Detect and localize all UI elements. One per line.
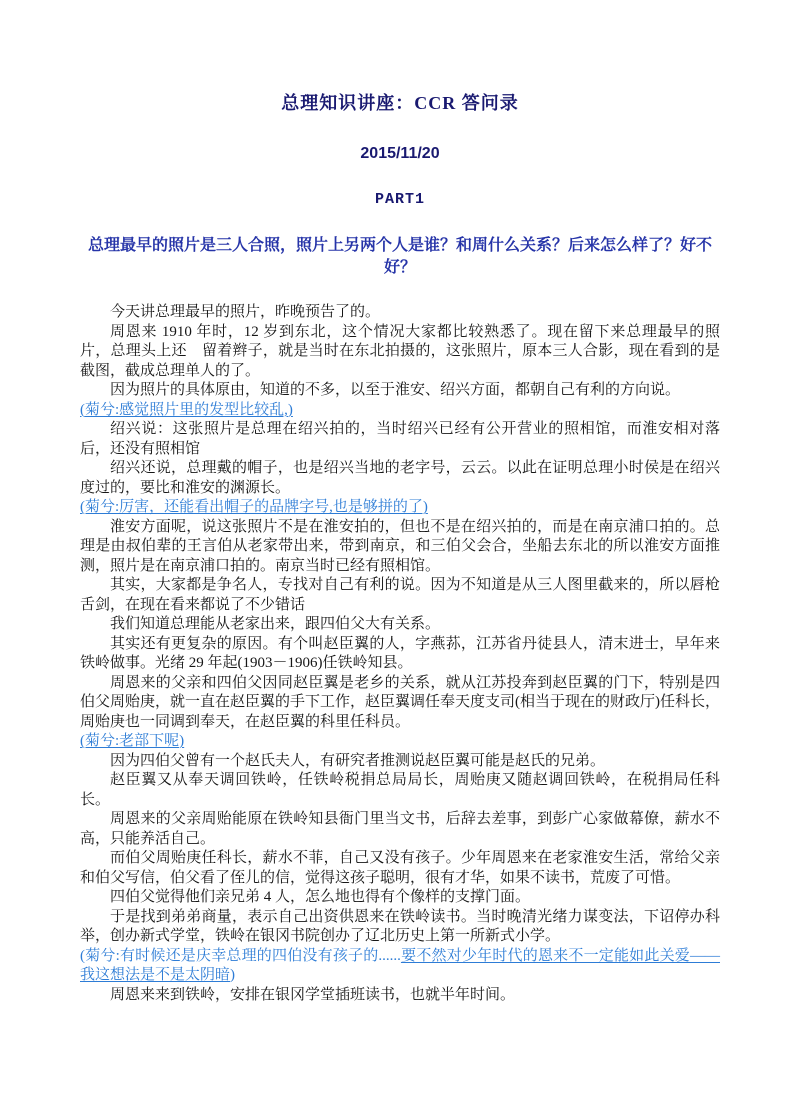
paragraph: 我们知道总理能从老家出来，跟四伯父大有关系。	[80, 615, 720, 635]
paragraph: 周恩来的父亲和四伯父因同赵臣翼是老乡的关系，就从江苏投奔到赵臣翼的门下，特别是四…	[80, 674, 720, 733]
paragraph: 而伯父周贻庚任科长，薪水不菲，自己又没有孩子。少年周恩来在老家淮安生活，常给父亲…	[80, 849, 720, 888]
paragraph: 因为四伯父曾有一个赵氏夫人，有研究者推测说赵臣翼可能是赵氏的兄弟。	[80, 752, 720, 772]
paragraph: 绍兴还说，总理戴的帽子，也是绍兴当地的老字号，云云。以此在证明总理小时侯是在绍兴…	[80, 459, 720, 498]
paragraph: 其实还有更复杂的原因。有个叫赵臣翼的人，字燕荪，江苏省丹徒县人，清末进士，早年来…	[80, 635, 720, 674]
document-date: 2015/11/20	[80, 144, 720, 163]
paragraph: 因为照片的具体原由，知道的不多，以至于淮安、绍兴方面，都朝自己有利的方向说。	[80, 381, 720, 401]
part-label: PART1	[80, 191, 720, 209]
paragraph: 周恩来 1910 年时，12 岁到东北，这个情况大家都比较熟悉了。现在留下来总理…	[80, 323, 720, 382]
paragraph: 淮安方面呢，说这张照片不是在淮安拍的，但也不是在绍兴拍的，而是在南京浦口拍的。总…	[80, 518, 720, 577]
document-title: 总理知识讲座：CCR 答问录	[80, 92, 720, 114]
document-page: 总理知识讲座：CCR 答问录 2015/11/20 PART1 总理最早的照片是…	[0, 0, 800, 1100]
paragraph: 周恩来来到铁岭，安排在银冈学堂插班读书，也就半年时间。	[80, 986, 720, 1006]
reader-comment: (菊兮:老部下呢)	[80, 732, 720, 752]
paragraph: 于是找到弟弟商量，表示自己出资供恩来在铁岭读书。当时晚清光绪力谋变法，下诏停办科…	[80, 908, 720, 947]
paragraph: 周恩来的父亲周贻能原在铁岭知县衙门里当文书，后辞去差事，到彭广心家做幕僚，薪水不…	[80, 810, 720, 849]
paragraph: 赵臣翼又从奉天调回铁岭，任铁岭税捐总局局长，周贻庚又随赵调回铁岭，在税捐局任科长…	[80, 771, 720, 810]
reader-comment: (菊兮:厉害，还能看出帽子的品牌字号,也是够拼的了)	[80, 498, 720, 518]
paragraph: 今天讲总理最早的照片，昨晚预告了的。	[80, 303, 720, 323]
reader-comment: (菊兮:感觉照片里的发型比较乱,)	[80, 401, 720, 421]
paragraph: 四伯父觉得他们亲兄弟 4 人，怎么地也得有个像样的支撑门面。	[80, 888, 720, 908]
paragraph: 绍兴说：这张照片是总理在绍兴拍的，当时绍兴已经有公开营业的照相馆，而淮安相对落后…	[80, 420, 720, 459]
question-heading: 总理最早的照片是三人合照，照片上另两个人是谁？和周什么关系？后来怎么样了？好不好…	[80, 235, 720, 279]
paragraph: 其实，大家都是争名人，专找对自己有利的说。因为不知道是从三人图里截来的，所以唇枪…	[80, 576, 720, 615]
reader-comment: (菊兮:有时候还是庆幸总理的四伯没有孩子的......要不然对少年时代的恩来不一…	[80, 947, 720, 986]
paragraph-list: 今天讲总理最早的照片，昨晚预告了的。周恩来 1910 年时，12 岁到东北，这个…	[80, 303, 720, 1005]
